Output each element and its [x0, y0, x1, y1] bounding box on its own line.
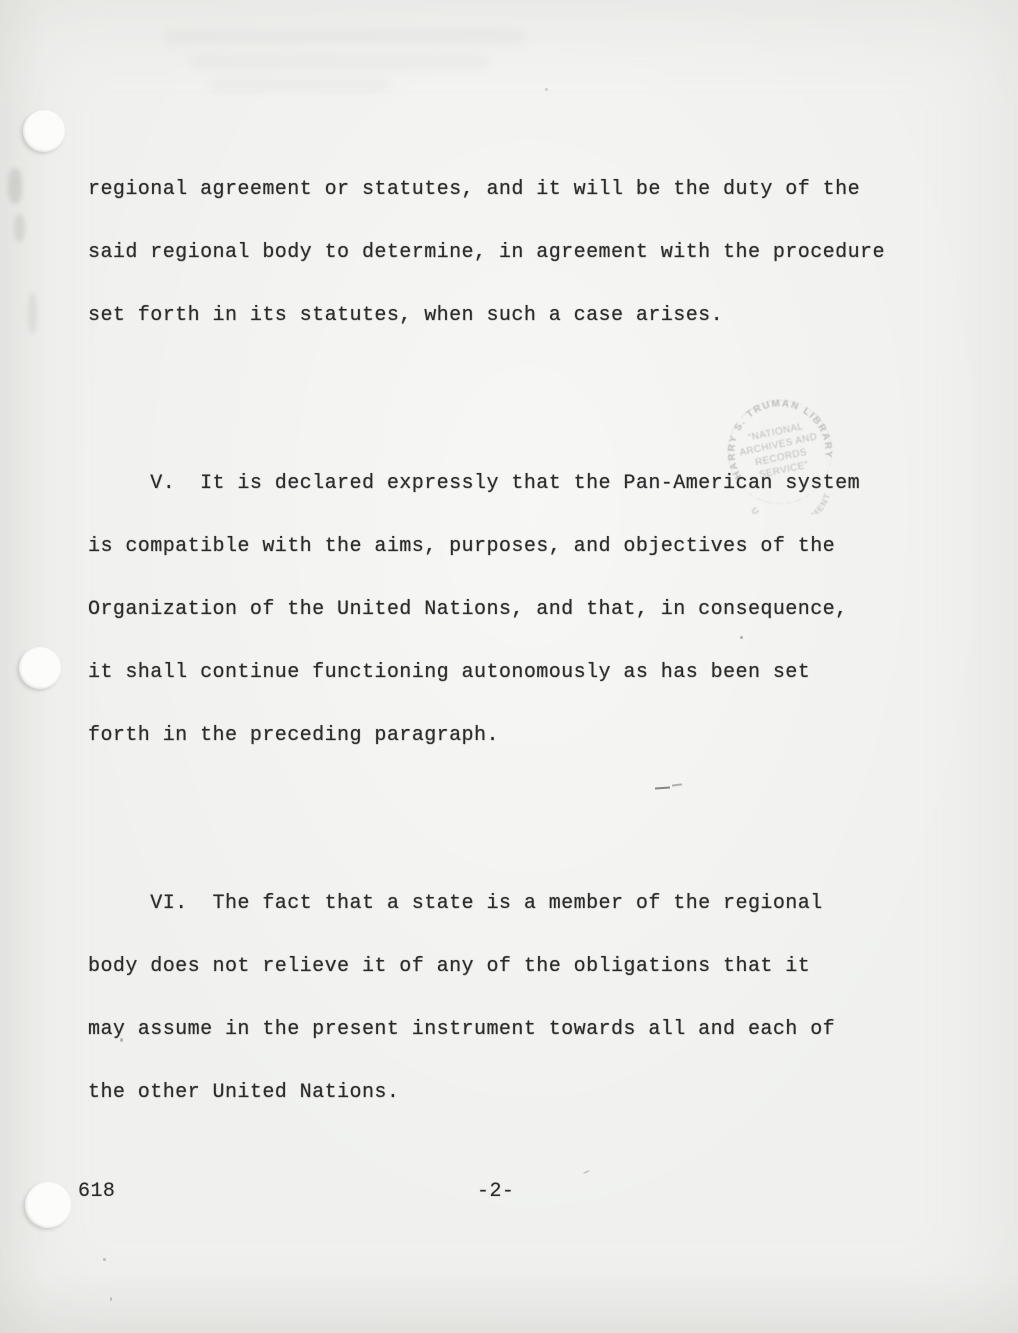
- paragraph-continuation: regional agreement or statutes, and it w…: [88, 137, 885, 368]
- punch-hole-bottom: [25, 1182, 71, 1228]
- page-number: -2-: [477, 1180, 514, 1203]
- scan-speck: [545, 88, 548, 91]
- edge-smudge: [8, 168, 22, 204]
- scan-speck: [740, 636, 743, 639]
- text-line: it shall continue functioning autonomous…: [88, 662, 885, 683]
- paragraph-vi: VI. The fact that a state is a member of…: [88, 851, 885, 1145]
- edge-smudge: [28, 292, 37, 334]
- text-line: body does not relieve it of any of the o…: [88, 956, 885, 977]
- document-text: regional agreement or statutes, and it w…: [88, 95, 885, 1187]
- bleedthrough-smudge: [165, 30, 525, 43]
- text-line: regional agreement or statutes, and it w…: [88, 179, 885, 200]
- text-line: may assume in the present instrument tow…: [88, 1019, 885, 1040]
- stamp-graphic: HARRY S. TRUMAN LIBRARY U.S. GOVERNMENT …: [718, 390, 842, 514]
- punch-hole-top: [23, 110, 65, 152]
- edge-smudge: [14, 214, 25, 242]
- text-line: the other United Nations.: [88, 1082, 885, 1103]
- text-line: is compatible with the aims, purposes, a…: [88, 536, 885, 557]
- bleedthrough-smudge: [210, 80, 390, 90]
- text-line: set forth in its statutes, when such a c…: [88, 305, 885, 326]
- bleedthrough-smudge: [190, 56, 490, 68]
- scan-speck: [110, 1297, 112, 1301]
- text-line: forth in the preceding paragraph.: [88, 725, 885, 746]
- text-line: VI. The fact that a state is a member of…: [88, 893, 885, 914]
- punch-hole-middle: [19, 647, 61, 689]
- scan-speck: [103, 1258, 106, 1261]
- text-line: Organization of the United Nations, and …: [88, 599, 885, 620]
- scanned-document-page: regional agreement or statutes, and it w…: [0, 0, 1018, 1333]
- text-line: said regional body to determine, in agre…: [88, 242, 885, 263]
- truman-library-archives-stamp: HARRY S. TRUMAN LIBRARY U.S. GOVERNMENT …: [718, 390, 842, 514]
- document-number: 618: [78, 1180, 115, 1203]
- scan-speck: [120, 1038, 123, 1042]
